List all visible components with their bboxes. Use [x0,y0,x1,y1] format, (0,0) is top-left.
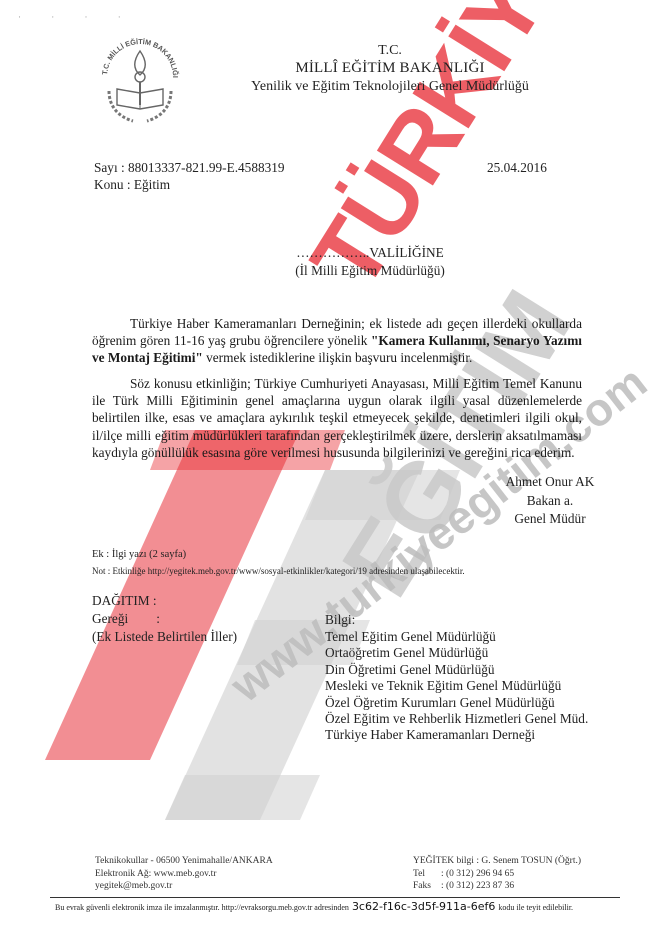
footer-website: Elektronik Ağ: www.meb.gov.tr [95,868,273,881]
footnote: Not : Etkinliğe http://yegitek.meb.gov.t… [92,566,465,576]
geregi-label: Gereği [92,611,128,626]
list-item: Özel Eğitim ve Rehberlik Hizmetleri Gene… [325,711,588,727]
list-item: Ortaöğretim Genel Müdürlüğü [325,645,588,661]
footer-email: yegitek@meb.gov.tr [95,880,273,893]
attachment-note: Ek : İlgi yazı (2 sayfa) [92,549,186,560]
addressee-line: ……………..VALİLİĞİNE [190,245,550,261]
body-paragraph-2: Söz konusu etkinliğin; Türkiye Cumhuriye… [92,375,582,461]
header-ministry: MİLLÎ EĞİTİM BAKANLIĞI [180,60,600,77]
te-logo-icon [0,0,660,933]
para1-text-end: vermek istediklerine ilişkin başvuru inc… [203,350,473,365]
addressee-subline: (İl Milli Eğitim Müdürlüğü) [190,263,550,279]
tel-label: Tel [413,868,441,881]
list-item: Din Öğretimi Genel Müdürlüğü [325,662,588,678]
signatory-name: Ahmet Onur AK [480,474,620,490]
signatory-title-2: Genel Müdür [480,511,620,527]
document-subject: Konu : Eğitim [94,177,170,193]
list-item: Türkiye Haber Kameramanları Derneği [325,727,588,743]
distribution-action: Gereği: [92,611,160,627]
footer-address: Teknikokullar - 06500 Yenimahalle/ANKARA [95,855,273,868]
document-number: Sayı : 88013337-821.99-E.4588319 [94,160,285,176]
header-department: Yenilik ve Eğitim Teknolojileri Genel Mü… [180,79,600,95]
verification-text-end: kodu ile teyit edilebilir. [498,903,573,912]
list-item: (Ek Listede Belirtilen İller) [92,629,237,645]
geregi-colon: : [156,611,160,627]
fax-value: : (0 312) 223 87 36 [441,881,514,891]
document-date: 25.04.2016 [487,160,547,176]
header-tc: T.C. [180,43,600,59]
list-item: Mesleki ve Teknik Eğitim Genel Müdürlüğü [325,678,588,694]
distribution-info-title: Bilgi: [325,612,355,628]
distribution-title: DAĞITIM : [92,593,157,609]
bilgi-list: Temel Eğitim Genel Müdürlüğü Ortaöğretim… [325,629,588,744]
footer-address-block: Teknikokullar - 06500 Yenimahalle/ANKARA… [95,855,273,893]
verification-line: Bu evrak güvenli elektronik imza ile imz… [55,900,625,913]
meb-emblem-icon: T.C. MİLLİ EĞİTİM BAKANLIĞI [95,15,185,130]
list-item: Özel Öğretim Kurumları Genel Müdürlüğü [325,695,588,711]
footer-contact-block: YEĞİTEK bilgi : G. Senem TOSUN (Öğrt.) T… [413,855,581,893]
tel-value: : (0 312) 296 94 65 [441,869,514,879]
para2-text: Söz konusu etkinliğin; Türkiye Cumhuriye… [92,375,582,461]
verification-text: Bu evrak güvenli elektronik imza ile imz… [55,903,349,912]
list-item: Temel Eğitim Genel Müdürlüğü [325,629,588,645]
signatory-title-1: Bakan a. [480,493,620,509]
geregi-list: (Ek Listede Belirtilen İller) [92,629,237,645]
verification-code: 3c62-f16c-3d5f-911a-6ef6 [352,900,495,913]
fax-label: Faks [413,880,441,893]
footer-contact: YEĞİTEK bilgi : G. Senem TOSUN (Öğrt.) [413,855,581,868]
body-paragraph-1: Türkiye Haber Kameramanları Derneğinin; … [92,315,582,367]
footer-divider [50,897,620,898]
